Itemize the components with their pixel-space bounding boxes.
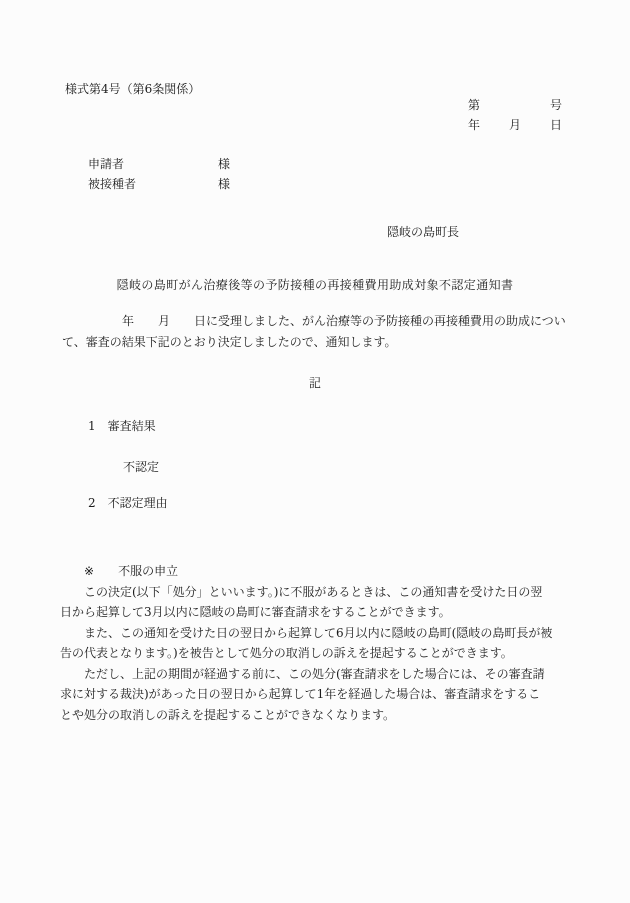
doc-number-suffix: 号 (550, 95, 562, 115)
doc-number-prefix: 第 (468, 95, 480, 115)
applicant-row: 申請者 様 (88, 154, 230, 174)
document-title: 隠岐の島町がん治療後等の予防接種の再接種費用助成対象不認定通知書 (0, 275, 630, 295)
appeal-heading-line: ※不服の申立 (60, 561, 572, 582)
appeal-line: この決定(以下「処分」といいます。)に不服があるときは、この通知書を受けた日の翌 (60, 582, 572, 603)
document-number-line: 第 号 (468, 95, 562, 115)
ki-heading: 記 (0, 373, 630, 393)
appeal-line: 求に対する裁決)があった日の翌日から起算して1年を経過した場合は、審査請求をする… (60, 684, 572, 705)
appeal-line: また、この通知を受けた日の翌日から起算して6月以内に隠岐の島町(隠岐の島町長が被 (60, 623, 572, 644)
applicant-honorific: 様 (218, 154, 230, 174)
document-page: 様式第4号（第6条関係） 第 号 年 月 日 申請者 様 被接種者 様 隠岐の島… (0, 0, 630, 903)
day-label: 日 (550, 115, 562, 135)
addressee-block: 申請者 様 被接種者 様 (88, 154, 230, 194)
form-number-label: 様式第4号（第6条関係） (65, 79, 200, 99)
vaccinee-honorific: 様 (218, 174, 230, 194)
appeal-heading: 不服の申立 (118, 564, 178, 578)
section-1-heading: 審査結果 (108, 419, 156, 433)
section-2-row: 2不認定理由 (88, 493, 168, 513)
appeal-note: ※不服の申立 この決定(以下「処分」といいます。)に不服があるときは、この通知書… (60, 561, 572, 725)
appeal-line: 日から起算して3月以内に隠岐の島町に審査請求をすることができます。 (60, 602, 572, 623)
section-1-number: 1 (88, 419, 96, 433)
sender-name: 隠岐の島町長 (387, 222, 459, 242)
body-paragraph: 年 月 日に受理しました、がん治療等の予防接種の再接種費用の助成につい て、審査… (62, 311, 568, 353)
section-2-number: 2 (88, 496, 96, 510)
vaccinee-row: 被接種者 様 (88, 174, 230, 194)
appeal-line: とや処分の取消しの訴えを提起することができなくなります。 (60, 705, 572, 726)
section-2-heading: 不認定理由 (108, 496, 168, 510)
month-label: 月 (509, 115, 521, 135)
section-1-row: 1審査結果 (88, 416, 156, 436)
appeal-line: ただし、上記の期間が経過する前に、この処分(審査請求をした場合には、その審査請 (60, 664, 572, 685)
appeal-marker: ※ (84, 564, 94, 578)
vaccinee-label: 被接種者 (88, 174, 136, 194)
review-result-value: 不認定 (123, 457, 159, 477)
applicant-label: 申請者 (88, 154, 124, 174)
date-line: 年 月 日 (468, 115, 562, 135)
body-line-2: て、審査の結果下記のとおり決定しましたので、通知します。 (62, 332, 568, 353)
year-label: 年 (468, 115, 480, 135)
appeal-line: 告の代表となります。)を被告として処分の取消しの訴えを提起することができます。 (60, 643, 572, 664)
body-line-1: 年 月 日に受理しました、がん治療等の予防接種の再接種費用の助成につい (62, 311, 568, 332)
document-number-block: 第 号 年 月 日 (468, 95, 562, 135)
